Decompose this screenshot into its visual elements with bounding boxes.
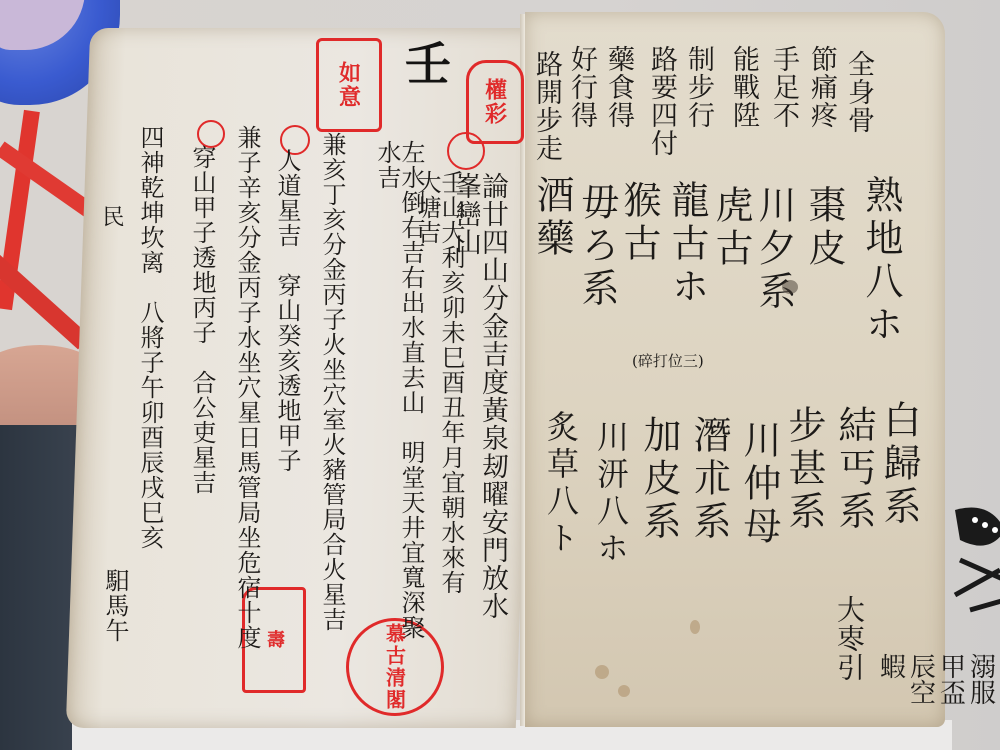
text-column: 手足不 — [770, 45, 797, 175]
margin-character: 民 — [100, 205, 122, 245]
prescription-column: 猴古𠇍 — [620, 180, 658, 350]
text-column: 路要四付 — [648, 45, 675, 195]
text-column: 制步行 — [685, 45, 712, 175]
text-column: 節痛疼 — [808, 45, 835, 175]
prescription-column: 步甚系 — [785, 405, 823, 575]
prescription-column: 川夕系 — [755, 185, 793, 355]
text-column: 能戰陞 — [730, 45, 757, 175]
paper-stain — [595, 665, 609, 679]
seal-quancai: 權彩 — [466, 60, 524, 144]
black-floral-ornament — [950, 500, 1000, 620]
annotation-note: (碎打位三) — [632, 350, 704, 371]
prescription-column: 炙草八ト — [545, 410, 577, 610]
prescription-column: 龍古ホ — [668, 180, 706, 350]
text-column: 藥食得 — [605, 45, 632, 175]
text-column: 穿山甲子透地丙子 合公吏星吉 — [190, 145, 214, 515]
text-column: 好行得 — [568, 45, 595, 175]
prescription-column: 酒藥𠇍 — [533, 175, 571, 355]
prescription-column: 結丐系 — [835, 405, 873, 575]
bottom-instruction: 大栆引 — [835, 595, 863, 705]
ink-blot — [782, 280, 798, 294]
prescription-column: 白歸系 — [880, 400, 918, 570]
text-column: 人道星吉 穿山癸亥透地甲子 — [275, 148, 299, 508]
text-column: 左水倒右吉右出水直去山 明堂天井宜寬深聚水吉 — [375, 140, 423, 640]
text-column: 馹馬午 — [103, 568, 127, 668]
paper-stain — [618, 685, 630, 697]
paper-stain — [690, 620, 700, 634]
prescription-column: 川仲母 — [740, 420, 778, 560]
prescription-column: 棗皮𠇍 — [805, 185, 843, 355]
red-circle-mark — [447, 132, 485, 170]
header-character: 壬 — [405, 28, 451, 94]
text-column: 兼子辛亥分金丙子水坐穴星日馬管局坐危宿十度 — [235, 125, 259, 665]
red-circle-mark — [197, 120, 225, 148]
bottom-instruction: 蝦辰甲溺空盃服 — [870, 655, 1000, 715]
prescription-column: 潛朮系 — [690, 415, 728, 585]
text-column: 全身骨 — [845, 50, 872, 180]
prescription-column: 虎古𠇍 — [712, 185, 750, 355]
prescription-column: 川汧八ホ — [595, 420, 627, 610]
prescription-column: 熟地八ホ — [862, 175, 900, 355]
prescription-column: 毋ろ系 — [578, 182, 616, 352]
text-column: 四神乾坤坎离 八將子午卯酉辰戌巳亥 — [138, 125, 162, 555]
seal-ruyi: 如意 — [316, 38, 382, 132]
prescription-column: 加皮系 — [640, 415, 678, 585]
text-column: 兼亥丁亥分金丙子火坐穴室火豬管局合火星吉 — [320, 132, 344, 632]
